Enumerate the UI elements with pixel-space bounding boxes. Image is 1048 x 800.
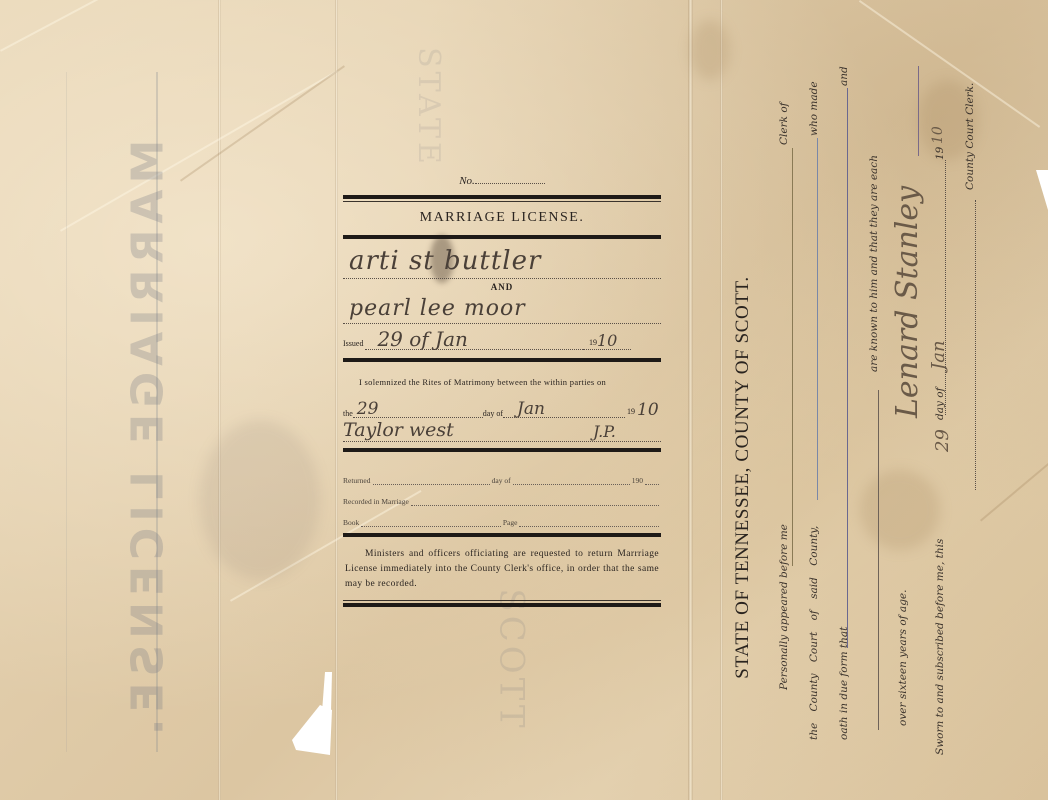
sworn-statement: Sworn to and subscribed before me, this xyxy=(934,539,946,755)
affidavit-line-1: Personally appeared before me xyxy=(778,524,790,690)
fill-line xyxy=(817,138,818,500)
clerk-title: County Court Clerk. xyxy=(964,83,976,190)
clerk-signature-line xyxy=(975,200,976,490)
affidavit-line-3: oath in due form that xyxy=(838,627,850,740)
scanned-document: MARRIAGE LICENSE. SCOTT STATE No. MARRIA… xyxy=(0,0,1048,800)
fill-line xyxy=(918,66,919,156)
affidavit-panel: STATE OF TENNESSEE, COUNTY OF SCOTT. Per… xyxy=(0,0,1048,800)
affidavit-line-2: the County Court of said County, xyxy=(808,526,820,740)
sworn-day: 29 xyxy=(932,429,953,452)
affidavit-line-4: are known to him and that they are each xyxy=(868,155,880,372)
affidavit-heading: STATE OF TENNESSEE, COUNTY OF SCOTT. xyxy=(732,190,754,765)
and-label: and xyxy=(838,66,850,86)
sworn-year-prefix: 19 xyxy=(934,147,946,160)
fill-line xyxy=(792,148,793,566)
affidavit-line-5: over sixteen years of age. xyxy=(897,590,909,726)
clerk-signature: Lenard Stanley xyxy=(890,186,925,418)
clerk-of-label: Clerk of xyxy=(778,102,790,145)
sworn-year: 10 xyxy=(930,126,946,144)
fill-line xyxy=(847,88,848,648)
who-made-label: who made xyxy=(808,81,820,136)
fill-line xyxy=(945,160,946,415)
fill-line xyxy=(878,390,879,730)
